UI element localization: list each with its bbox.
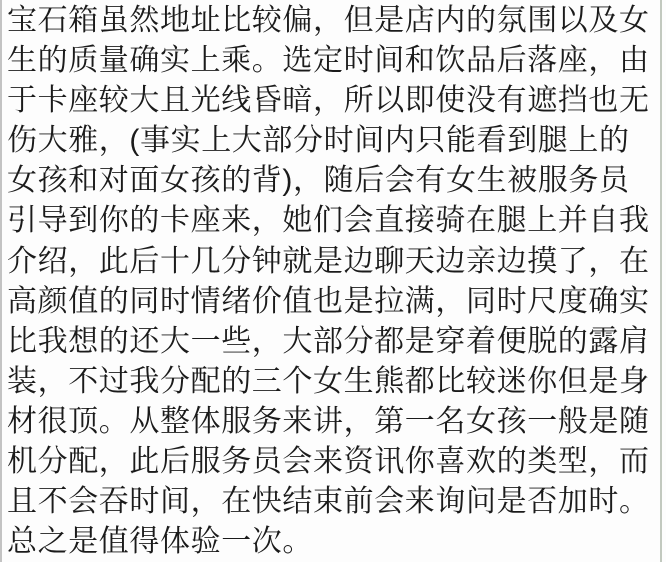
text-line: 生的质量确实上乘。选定时间和饮品后落座，由: [7, 41, 659, 81]
text-line: 材很顶。从整体服务来讲，第一名女孩一般是随: [7, 402, 659, 442]
text-line: 宝石箱虽然地址比较偏，但是店内的氛围以及女: [7, 1, 659, 41]
text-line: 机分配，此后服务员会来资讯你喜欢的类型，而: [7, 442, 659, 482]
text-line: 且不会吞时间，在快结束前会来询问是否加时。: [7, 482, 659, 522]
text-line: 伤大雅，(事实上大部分时间内只能看到腿上的: [7, 121, 659, 161]
text-line: 装，不过我分配的三个女生熊都比较迷你但是身: [7, 362, 659, 402]
text-line: 总之是值得体验一次。: [7, 522, 659, 562]
review-page: 宝石箱虽然地址比较偏，但是店内的氛围以及女 生的质量确实上乘。选定时间和饮品后落…: [0, 0, 666, 562]
text-line: 引导到你的卡座来，她们会直接骑在腿上并自我: [7, 201, 659, 241]
review-paragraph: 宝石箱虽然地址比较偏，但是店内的氛围以及女 生的质量确实上乘。选定时间和饮品后落…: [7, 1, 659, 562]
right-edge-line: [660, 0, 662, 562]
text-line: 于卡座较大且光线昏暗，所以即使没有遮挡也无: [7, 81, 659, 121]
text-line: 介绍，此后十几分钟就是边聊天边亲边摸了，在: [7, 242, 659, 282]
text-line: 高颜值的同时情绪价值也是拉满，同时尺度确实: [7, 282, 659, 322]
left-edge-line: [0, 0, 2, 562]
text-line: 比我想的还大一些，大部分都是穿着便脱的露肩: [7, 322, 659, 362]
text-line: 女孩和对面女孩的背)，随后会有女生被服务员: [7, 161, 659, 201]
